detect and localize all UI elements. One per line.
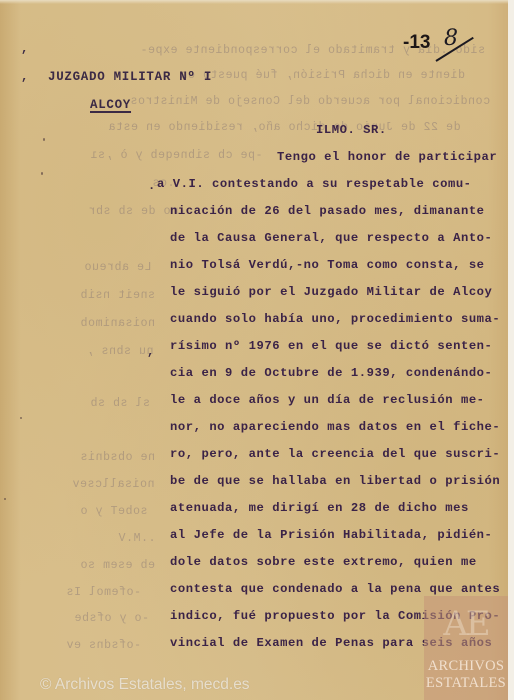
copyright-watermark: © Archivos Estatales, mecd.es	[40, 676, 250, 694]
body-line: de la Causa General, que respecto a Anto…	[170, 231, 492, 245]
margin-mark: ,	[147, 345, 154, 359]
paper-speck	[43, 138, 45, 141]
body-line: Tengo el honor de participar	[277, 150, 497, 164]
bleed-through-text: ne obsdnis	[80, 451, 155, 464]
page-top-edge	[0, 0, 508, 4]
paper-speck	[20, 417, 22, 419]
bleed-through-text: diente en dicha Prisión, fué puesto en	[180, 69, 465, 82]
folio-number: -13	[403, 32, 430, 54]
paper-speck	[41, 172, 43, 175]
bleed-through-text: condicional por acuerdo del Consejo de M…	[130, 95, 490, 108]
salutation: ILMO. SR.	[316, 123, 387, 137]
body-line: dole datos sobre este extremo, quien me	[170, 555, 477, 569]
paper-speck	[4, 498, 6, 500]
body-line: atenuada, me dirigí en 28 de dicho mes	[170, 501, 469, 515]
body-line: nor, no apareciendo mas datos en el fich…	[170, 420, 500, 434]
archivos-estatales-logo: AE ARCHIVOS ESTATALES	[424, 596, 508, 700]
bleed-through-text: eb esem so	[80, 559, 155, 572]
bleed-through-text: -ofsdns ev	[66, 639, 141, 652]
body-line: ro, pero, ante la creencia del que suscr…	[170, 447, 500, 461]
body-line: le siguió por el Juzgado Militar de Alco…	[170, 285, 492, 299]
logo-line-1: ARCHIVOS	[424, 658, 508, 675]
logo-monogram: AE	[432, 604, 500, 644]
bleed-through-text: sobeT y o	[80, 505, 148, 518]
bleed-through-text: de 22 de Junio de dicho año, residiendo …	[108, 121, 461, 134]
court-heading: JUZGADO MILITAR Nº I	[48, 70, 212, 84]
bleed-through-text: Le abreuo	[84, 261, 152, 274]
body-line: cia en 9 de Octubre de 1.939, condenándo…	[170, 366, 492, 380]
bleed-through-text: ..M.V	[118, 532, 156, 545]
bleed-through-text: noisallcsev	[72, 478, 155, 491]
bleed-through-text: -ofemol Is	[66, 586, 141, 599]
document-page: sido .dia y tramitado el correspondiente…	[0, 0, 508, 700]
bleed-through-text: -o y ofsbe	[74, 612, 149, 625]
body-line: le a doce años y un día de reclusión me-	[170, 393, 485, 407]
bleed-through-text: -pe cb sibneqeb y ò ,sı	[90, 149, 263, 162]
margin-mark: .	[148, 179, 155, 193]
body-line: cuando solo había uno, procedimiento sum…	[170, 312, 500, 326]
bleed-through-text: nu sbns ,	[86, 345, 154, 358]
city-heading: ALCOY	[90, 98, 131, 112]
bleed-through-text: sl sb sb	[90, 397, 150, 410]
bleed-through-text: sneit nsib	[80, 289, 155, 302]
body-line: contesta que condenado a la pena que ant…	[170, 582, 500, 596]
body-line: al Jefe de la Prisión Habilitada, pidién…	[170, 528, 492, 542]
body-line: nio Tolsá Verdú,-no Toma como consta, se	[170, 258, 485, 272]
body-line: nicación de 26 del pasado mes, dimanante	[170, 204, 485, 218]
margin-mark: ,	[21, 70, 28, 84]
scan-margin-strip	[508, 0, 514, 700]
body-line: rísimo nº 1976 en el que se dictó senten…	[170, 339, 492, 353]
bleed-through-text: sido .dia y tramitado el correspondiente…	[140, 44, 485, 57]
margin-mark: ,	[21, 42, 28, 56]
logo-line-2: ESTATALES	[424, 675, 508, 692]
body-line: be de que se hallaba en libertad o prisi…	[170, 474, 500, 488]
bleed-through-text: noisanimob	[80, 317, 155, 330]
body-line: a V.I. contestando a su respetable comu-	[157, 177, 472, 191]
